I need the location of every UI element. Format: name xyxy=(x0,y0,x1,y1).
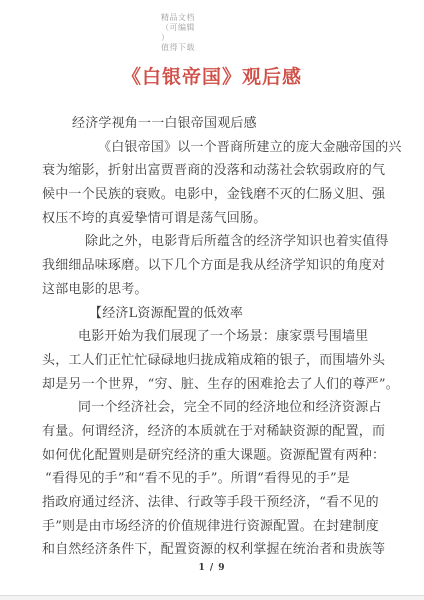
watermark-line: ） xyxy=(161,33,195,43)
text-line: “看得见的手”和“看不见的手”。所谓“看得见的手”是 xyxy=(42,467,382,491)
text-line: 如何优化配置则是研究经济的重大课题。资源配置有两种： xyxy=(42,444,382,468)
page-break-divider xyxy=(0,595,424,600)
text-line: 除此之外，电影背后所蕴含的经济学知识也着实值得 xyxy=(42,230,382,254)
watermark: 精品文档（可编辑）值得下载 xyxy=(161,13,195,53)
text-line: 【经济L资源配置的低效率 xyxy=(42,302,382,326)
text-line: 头，工人们正忙忙碌碌地归拢成箱成箱的银子，而围墙外头 xyxy=(42,349,382,373)
text-line: 权压不垮的真爱挚情可谓是荡气回肠。 xyxy=(42,207,382,231)
document-title: 《白银帝国》观后感 xyxy=(0,62,424,89)
document-page: 精品文档（可编辑）值得下载 《白银帝国》观后感 经济学视角一一白银帝国观后感《白… xyxy=(0,0,424,600)
watermark-line: 值得下载 xyxy=(161,43,195,53)
text-line: 电影开始为我们展现了一个场景：康家票号围墙里 xyxy=(42,325,382,349)
text-line: 却是另一个世界，“穷、脏、生存的困难抢去了人们的尊严”。 xyxy=(42,373,382,397)
text-line: 手”则是由市场经济的价值规律进行资源配置。在封建制度 xyxy=(42,515,382,539)
text-line: 和自然经济条件下，配置资源的权利掌握在统治者和贵族等 xyxy=(42,538,382,562)
watermark-line: （可编辑 xyxy=(161,23,195,33)
text-line: 有量。何谓经济，经济的本质就在于对稀缺资源的配置，而 xyxy=(42,420,382,444)
text-line: 同一个经济社会，完全不同的经济地位和经济资源占 xyxy=(42,396,382,420)
text-line: 候中一个民族的衰败。电影中，金钱磨不灭的仁肠义胆、强 xyxy=(42,183,382,207)
text-line: 衰为缩影，折射出富贾晋商的没落和动荡社会软弱政府的气 xyxy=(42,159,382,183)
text-line: 这部电影的思考。 xyxy=(42,278,382,302)
document-body: 经济学视角一一白银帝国观后感《白银帝国》以一个晋商所建立的庞大金融帝国的兴衰为缩… xyxy=(42,112,382,562)
text-line: 经济学视角一一白银帝国观后感 xyxy=(42,112,382,136)
text-line: 《白银帝国》以一个晋商所建立的庞大金融帝国的兴 xyxy=(42,136,382,160)
page-number: 1 / 9 xyxy=(0,563,424,573)
text-line: 指政府通过经济、法律、行政等手段干预经济，“看不见的 xyxy=(42,491,382,515)
text-line: 我细细品味琢磨。以下几个方面是我从经济学知识的角度对 xyxy=(42,254,382,278)
watermark-line: 精品文档 xyxy=(161,13,195,23)
